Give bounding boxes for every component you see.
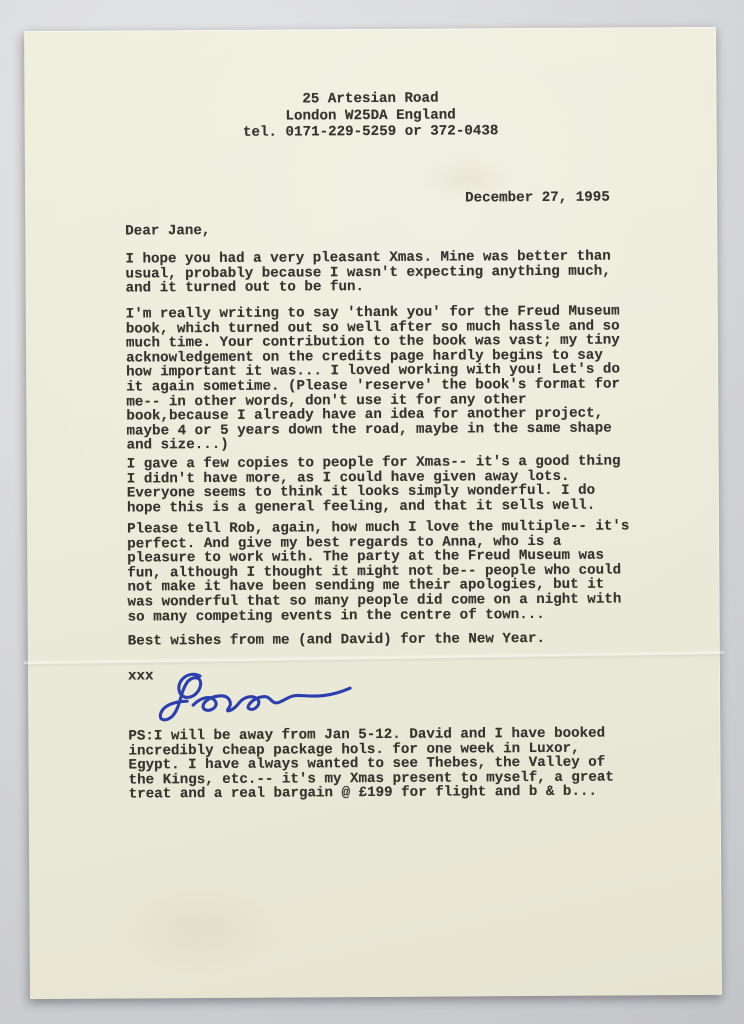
signature-stroke <box>160 674 201 720</box>
body-paragraph-3: I gave a few copies to people for Xmas--… <box>127 454 621 515</box>
paper-smudge <box>89 869 310 990</box>
closing-line: Best wishes from me (and David) for the … <box>128 632 545 649</box>
postscript-paragraph: PS:I will be away from Jan 5-12. David a… <box>128 727 614 803</box>
photo-background: 25 Artesian Road London W25DA England te… <box>0 0 744 1024</box>
body-paragraph-1: I hope you had a very pleasant Xmas. Min… <box>125 250 611 297</box>
signature-stroke <box>193 688 350 711</box>
body-paragraph-2: I'm really writing to say 'thank you' fo… <box>126 304 621 453</box>
letter-sheet: 25 Artesian Road London W25DA England te… <box>24 27 722 999</box>
body-paragraph-4: Please tell Rob, again, how much I love … <box>127 519 630 624</box>
paper-fold-crease <box>24 650 724 668</box>
letter-date: December 27, 1995 <box>465 191 610 206</box>
sender-telephone-line: tel. 0171-229-5259 or 372-0438 <box>25 122 717 143</box>
salutation: Dear Jane, <box>125 224 210 239</box>
handwritten-signature-ink <box>148 663 360 728</box>
sender-address-block: 25 Artesian Road London W25DA England te… <box>24 89 716 143</box>
